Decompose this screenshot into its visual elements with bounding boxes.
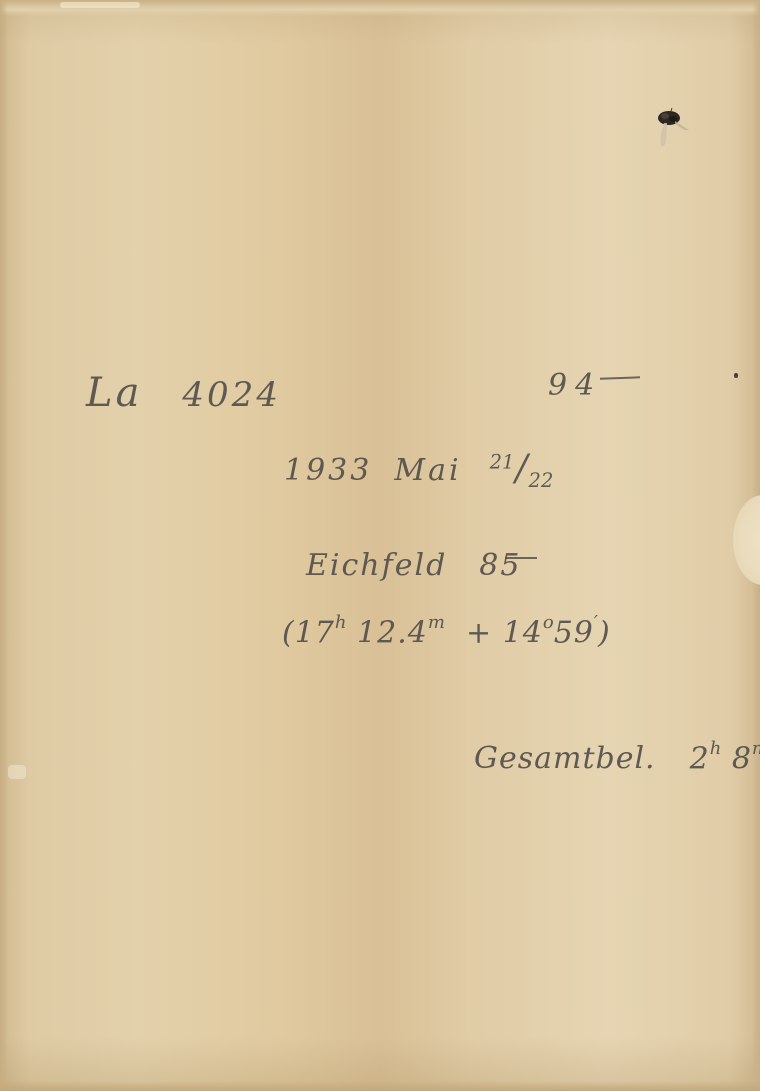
date-month: Mai	[394, 453, 461, 488]
left-edge-shadow	[0, 0, 8, 1091]
catalog-designation: La4024	[86, 370, 281, 416]
exposure-label: Gesamtbel.	[474, 741, 656, 776]
ra-minutes-unit: m	[428, 612, 445, 633]
magnitude-note: 9 4	[548, 368, 595, 403]
bottom-edge-shadow	[0, 1081, 760, 1091]
catalog-number: 4024	[182, 375, 281, 415]
date-slash: /	[515, 448, 527, 489]
ra-hours-unit: h	[335, 612, 347, 633]
coords-close-paren: )	[598, 615, 611, 650]
plate-name: Eichfeld	[306, 548, 447, 583]
exposure-hours-unit: h	[710, 738, 722, 759]
dec-degrees-unit: o	[543, 612, 554, 633]
date-day-first: 21	[490, 450, 515, 473]
fly-icon	[651, 108, 691, 154]
plate-number-bar	[505, 557, 537, 559]
coordinates: (17h 12.4m + 14o59′)	[282, 612, 611, 650]
exposure-note: Gesamtbel.2h 8m	[474, 738, 760, 776]
dec-minutes: 59	[554, 615, 594, 650]
crease-mark	[8, 765, 26, 779]
ra-hours: 17	[295, 615, 335, 650]
catalog-prefix: La	[86, 370, 142, 416]
ink-speck	[734, 373, 738, 378]
exposure-hours: 2	[690, 741, 710, 776]
observation-date: 1933Mai21/22	[284, 448, 553, 492]
magnitude-underline	[600, 376, 640, 379]
plate-envelope: La4024 9 4 1933Mai21/22 Eichfeld85 (17h …	[0, 0, 760, 1091]
coords-open-paren: (	[282, 615, 295, 650]
exposure-minutes: 8	[732, 741, 752, 776]
thumb-notch	[733, 495, 760, 585]
plate-number: 85	[479, 548, 521, 583]
date-year: 1933	[284, 453, 372, 488]
dec-degrees: 14	[503, 615, 543, 650]
date-day-second: 22	[529, 469, 554, 492]
exposure-minutes-unit: m	[752, 738, 760, 759]
dec-sign: +	[466, 615, 492, 650]
plate-identifier: Eichfeld85	[306, 548, 521, 583]
top-edge-glare	[60, 2, 140, 8]
ra-minutes: 12.4	[357, 615, 428, 650]
